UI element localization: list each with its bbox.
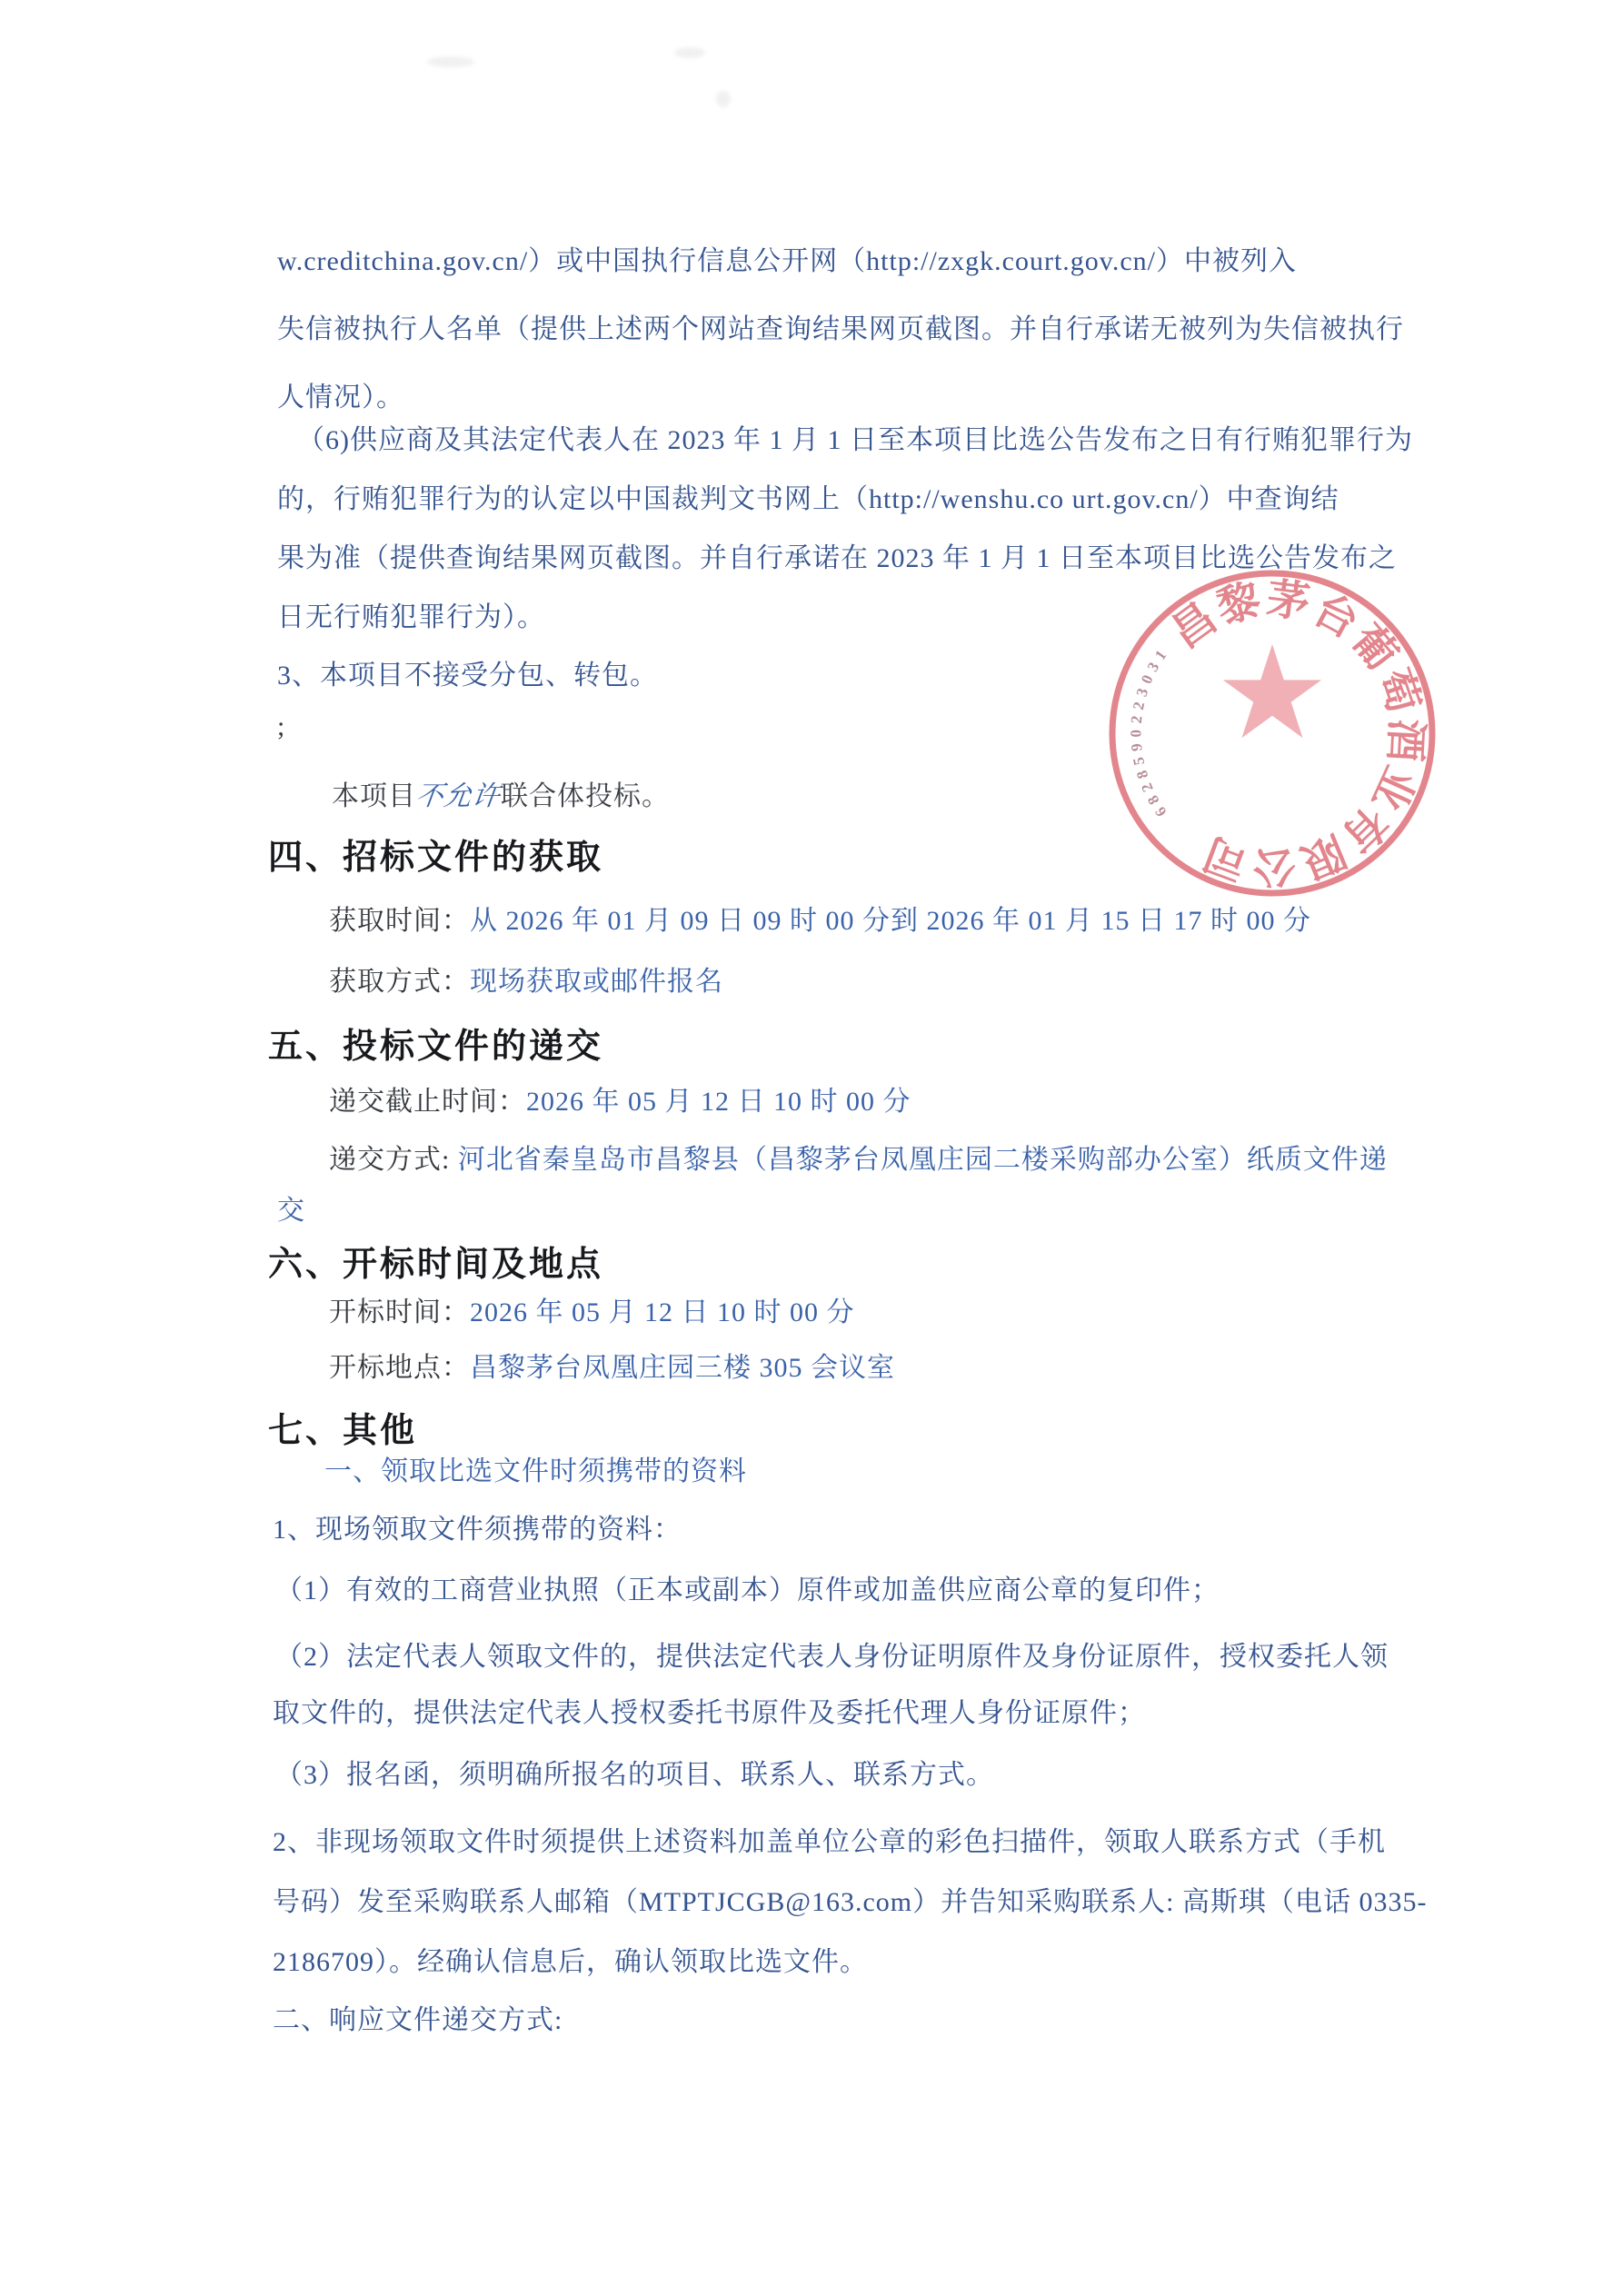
para-offsite-materials: 2、非现场领取文件时须提供上述资料加盖单位公章的彩色扫描件，领取人联系方式（手机… (273, 1813, 1427, 1993)
svg-text:2: 2 (1130, 701, 1148, 711)
svg-text:8: 8 (1133, 769, 1152, 781)
svg-text:3: 3 (1144, 660, 1163, 675)
svg-text:5: 5 (1130, 756, 1148, 767)
scan-artifact (716, 91, 731, 107)
seal-serial-number: 1303220958286 (1127, 647, 1170, 820)
svg-text:0: 0 (1138, 672, 1157, 686)
para-no-consortium: 本项目不允许联合体投标。 (332, 773, 670, 813)
svg-text:公: 公 (1253, 842, 1297, 890)
svg-text:6: 6 (1151, 804, 1170, 820)
svg-text:1: 1 (1151, 647, 1170, 663)
line-other-sub1: 一、领取比选文件时须携带的资料 (324, 1448, 747, 1488)
para-semicolon: ; (277, 711, 285, 742)
para-no-subcontract: 3、本项目不接受分包、转包。 (277, 652, 658, 692)
svg-text:9: 9 (1128, 742, 1146, 751)
para-material-3: （3）报名函，须明确所报名的项目、联系人、联系方式。 (275, 1752, 994, 1792)
scan-artifact (427, 56, 474, 67)
heading-section4: 四、招标文件的获取 (268, 829, 603, 879)
line-open-time: 开标时间：2026 年 05 月 12 日 10 时 00 分 (329, 1289, 855, 1329)
heading-section7: 七、其他 (268, 1402, 417, 1452)
svg-text:2: 2 (1138, 780, 1157, 794)
para-material-1: （1）有效的工商营业执照（正本或副本）原件或加盖供应商公章的复印件； (275, 1567, 1220, 1607)
line-submit-deadline: 递交截止时间：2026 年 05 月 12 日 10 时 00 分 (329, 1078, 911, 1118)
para-onsite-materials: 1、现场领取文件须携带的资料： (273, 1506, 682, 1546)
heading-section6: 六、开标时间及地点 (268, 1236, 603, 1286)
line-other-sub2: 二、响应文件递交方式: (273, 1997, 563, 2037)
scan-artifact (674, 47, 705, 58)
svg-text:3: 3 (1133, 686, 1152, 699)
line-open-place: 开标地点：昌黎茅台凤凰庄园三楼 305 会议室 (329, 1345, 895, 1385)
line-obtain-method: 获取方式：现场获取或邮件报名 (329, 959, 723, 999)
line-obtain-time: 获取时间：从 2026 年 01 月 09 日 09 时 00 分到 2026 … (329, 898, 1311, 938)
svg-text:8: 8 (1144, 792, 1163, 808)
svg-text:酒: 酒 (1380, 718, 1429, 763)
para-creditchina: w.creditchina.gov.cn/）或中国执行信息公开网（http://… (277, 227, 1404, 432)
document-page: 昌黎茅台葡萄酒业有限公司 1303220958286 w.creditchina… (0, 0, 1623, 2296)
svg-text:0: 0 (1127, 730, 1144, 738)
para-submit-method: 递交方式: 河北省秦皇岛市昌黎县（昌黎茅台凤凰庄园二楼采购部办公室）纸质文件递交 (277, 1135, 1388, 1237)
seal-star-icon (1223, 644, 1321, 738)
svg-text:2: 2 (1128, 715, 1146, 724)
para-bribery-clause: （6)供应商及其法定代表人在 2023 年 1 月 1 日至本项目比选公告发布之… (277, 411, 1413, 647)
heading-section5: 五、投标文件的递交 (268, 1018, 603, 1068)
para-material-2: （2）法定代表人领取文件的，提供法定代表人身份证明原件及身份证原件，授权委托人领… (275, 1629, 1389, 1742)
